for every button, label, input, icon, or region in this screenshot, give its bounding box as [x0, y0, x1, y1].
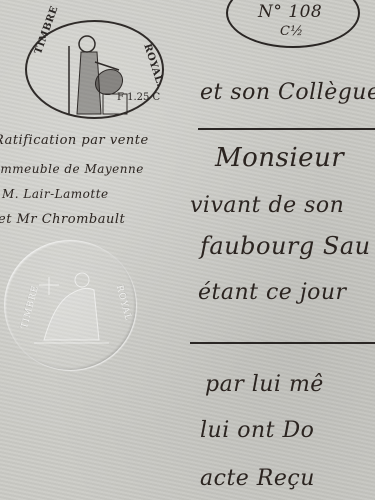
- text-line: lui ont Do: [200, 418, 314, 443]
- margin-note: et Mr Chrombault: [0, 212, 125, 227]
- timbre-royal-stamp: TIMBRE F 1.25 C ROYAL.: [25, 20, 164, 119]
- text-line: vivant de son: [190, 193, 344, 218]
- margin-note: M. Lair-Lamotte: [2, 187, 109, 201]
- document-number: N° 108: [258, 2, 322, 22]
- stamp-value: F 1.25 C: [117, 92, 160, 103]
- horizontal-rule: [190, 342, 375, 344]
- text-line: acte Reçu: [200, 466, 315, 491]
- text-line: par lui mê: [205, 372, 324, 397]
- text-line: étant ce jour: [198, 280, 347, 305]
- horizontal-rule: [198, 128, 375, 130]
- text-line: Monsieur: [215, 143, 344, 173]
- seated-figure-icon: [24, 255, 119, 355]
- margin-note: Ratification par vente: [0, 133, 149, 148]
- text-line: et son Collègue: [200, 80, 375, 105]
- document-subnumber: C½: [280, 24, 304, 39]
- margin-note: immeuble de Mayenne: [0, 162, 144, 176]
- embossed-seal: TIMBRE ROYAL: [4, 240, 136, 370]
- text-line: faubourg Sau: [200, 232, 371, 260]
